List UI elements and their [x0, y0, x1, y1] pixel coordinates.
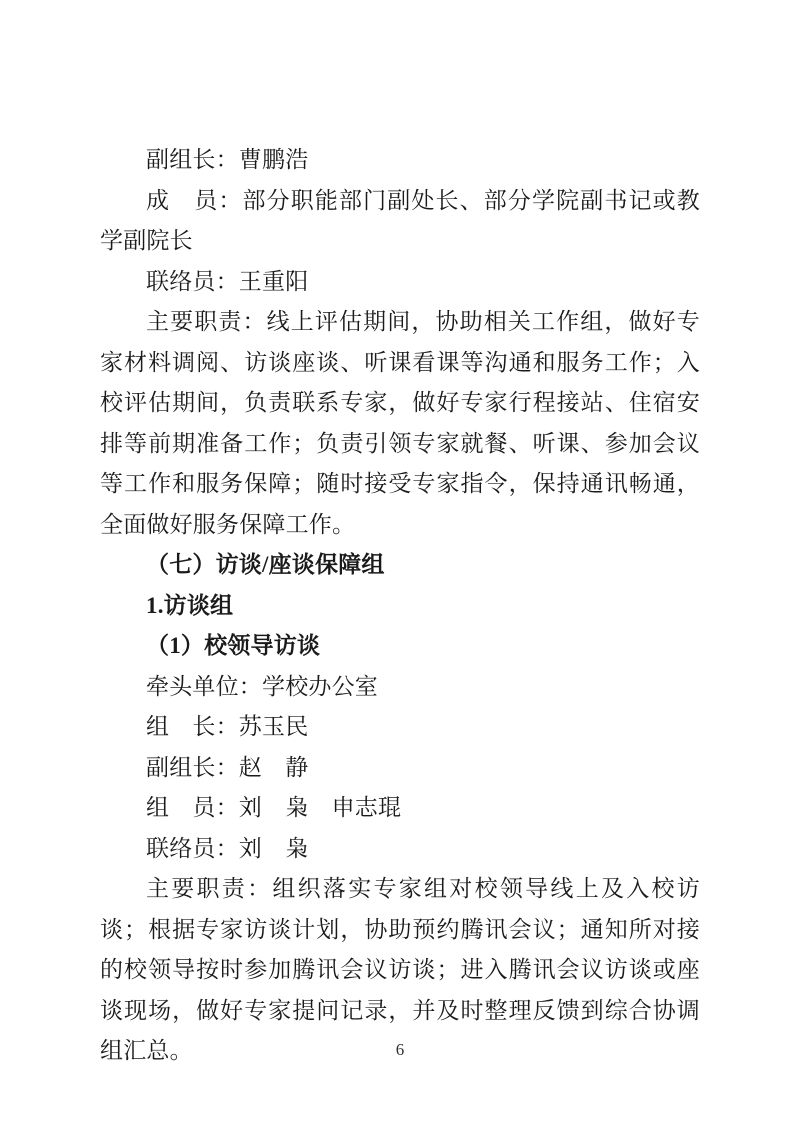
paragraph: 副组长：赵 静 [100, 748, 700, 789]
paragraph: 联络员：刘 枭 [100, 829, 700, 870]
paragraph: 副组长：曹鹏浩 [100, 140, 700, 181]
document-body: 副组长：曹鹏浩成 员：部分职能部门副处长、部分学院副书记或教学副院长联络员：王重… [100, 140, 700, 1072]
paragraph: 主要职责：线上评估期间，协助相关工作组，做好专家材料调阅、访谈座谈、听课看课等沟… [100, 302, 700, 545]
paragraph: 成 员：部分职能部门副处长、部分学院副书记或教学副院长 [100, 181, 700, 262]
section-heading: 1.访谈组 [100, 586, 700, 627]
paragraph: 组 员：刘 枭 申志琨 [100, 788, 700, 829]
paragraph: 组 长：苏玉民 [100, 707, 700, 748]
page-number: 6 [0, 1038, 800, 1062]
section-heading: （1）校领导访谈 [100, 626, 700, 667]
paragraph: 牵头单位：学校办公室 [100, 667, 700, 708]
document-page: 副组长：曹鹏浩成 员：部分职能部门副处长、部分学院副书记或教学副院长联络员：王重… [0, 0, 800, 1131]
section-heading: （七）访谈/座谈保障组 [100, 545, 700, 586]
paragraph: 联络员：王重阳 [100, 262, 700, 303]
